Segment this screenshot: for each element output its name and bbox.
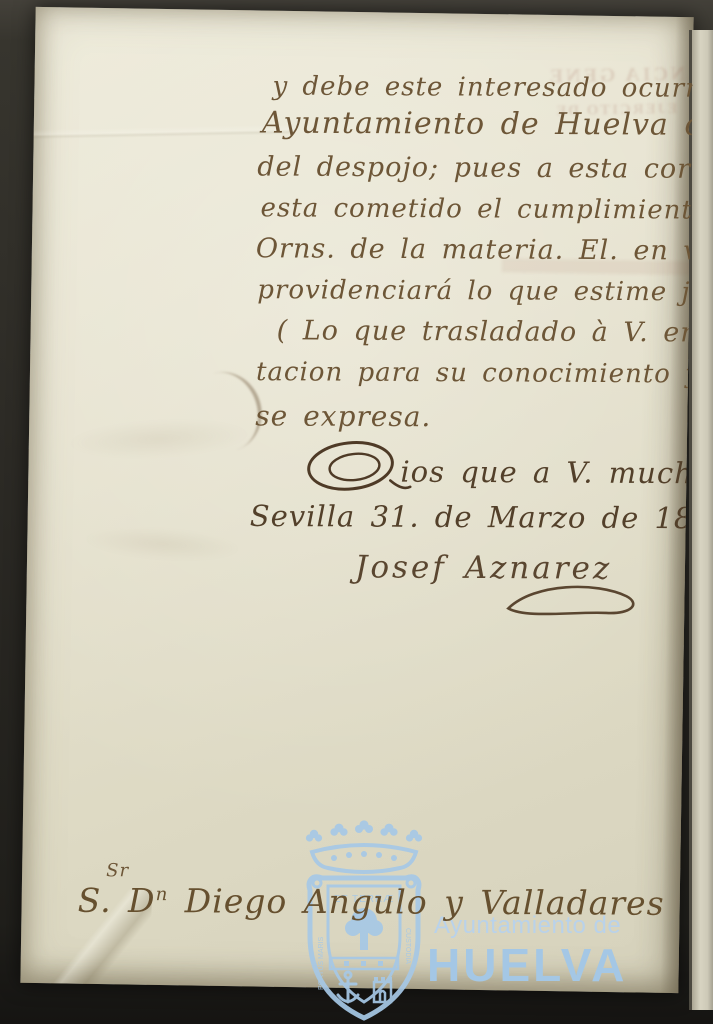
scan-viewer: ENCIA GENE EJERCITO DE xyxy=(0,0,713,1024)
bleedthrough-band xyxy=(502,258,692,275)
manuscript-page: ENCIA GENE EJERCITO DE xyxy=(20,7,693,993)
paper-crease xyxy=(34,124,294,139)
corner-fold xyxy=(20,888,151,985)
showthrough-smudge xyxy=(66,513,259,576)
bleedthrough-text: EJERCITO DE xyxy=(554,101,677,120)
next-page-edge xyxy=(689,30,713,1010)
